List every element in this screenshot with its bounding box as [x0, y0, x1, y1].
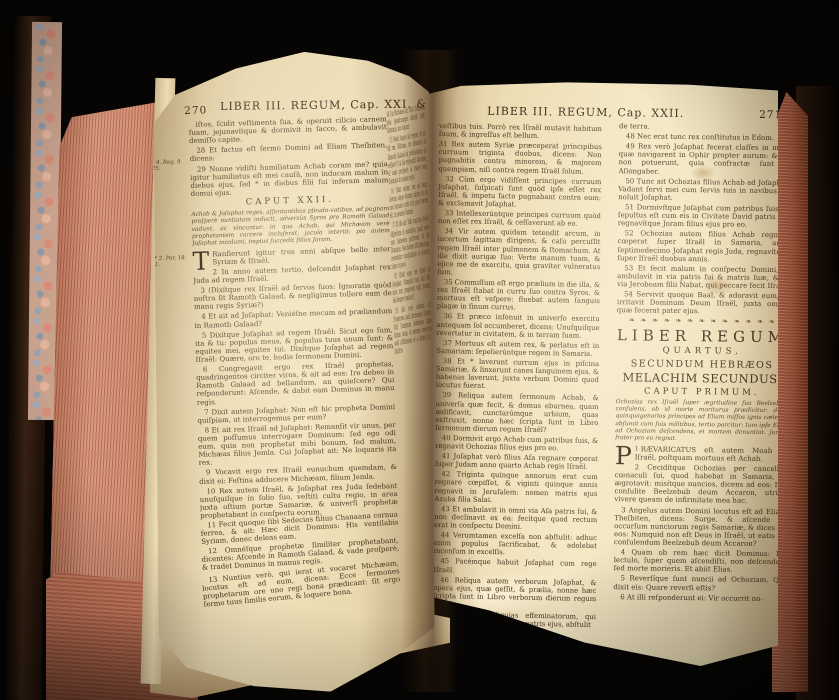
right-page: LIBER III. REGUM, Cap. XXII. 271 veſtibu…: [426, 80, 778, 666]
verse-paragraph: 35 Commiſſum eſt ergo prælium in die ill…: [437, 278, 600, 314]
verse-paragraph: 33 Intellexerúntque principes curruum qu…: [438, 209, 601, 228]
margin-note: * 2. Par. 18. 1.: [154, 255, 188, 269]
right-column-2: de terra.48 Nec erat tunc rex conſtitutu…: [613, 122, 778, 629]
verse-paragraph: 4 Quam ob rem hæc dicit Dominus: De lect…: [614, 548, 778, 574]
verse-paragraph: 32 Cùm ergo vidiſſent principes curruum …: [438, 175, 601, 211]
verse-paragraph: de terra.: [619, 122, 778, 132]
verse-list: 14 Cui Michæas ait: Vivit Dominus, quia …: [386, 103, 433, 356]
verse-paragraph: 54 Servivit quoque Baal, & adoravit eum,…: [617, 290, 778, 316]
right-column-1: veſtibus tuis. Porrò rex Iſraël mutavit …: [433, 122, 602, 630]
first-verse: 1PRÆVARICATUS eſt autem Moab in Iſraël, …: [615, 445, 778, 463]
verse-paragraph: 2 Cecidítque Ochozias per cancellos cœna…: [614, 463, 778, 506]
verse-paragraph: 37 Mortuus eſt autem rex, & perlatus eſt…: [436, 339, 599, 358]
verse-paragraph: 39 Reliqua autem ſermonum Achab, & unive…: [435, 391, 598, 435]
verse-list: 31 Rex autem Syriæ præceperat principibu…: [433, 140, 602, 629]
chapter-heading: CAPUT PRIMUM.: [616, 387, 778, 399]
verse-paragraph: 3 (Dixítque rex Iſraël ad ſervos ſuos: I…: [193, 281, 392, 311]
verse-paragraph: 5 Reverſíque ſunt nuncii ad Ochoziam. Qu…: [613, 575, 778, 593]
verse-paragraph: 6 At illi reſponderunt ei: Vir occurrit …: [613, 593, 778, 603]
verse-paragraph: 36 Et præco inſonuit in univerſo exercit…: [436, 312, 599, 339]
section-title-line: LIBER REGUM: [616, 327, 778, 346]
verse-paragraph: 45 Pacémque habuit Joſaphat cum rege Iſr…: [434, 557, 597, 576]
verse-list: 2 In anno autem tertio, deſcendit Joſaph…: [193, 263, 400, 573]
verse-paragraph: 49 Rex verò Joſaphat fecerat claſſes in …: [618, 142, 778, 177]
verse-paragraph: 5 Dixítque Joſaphat ad regem Iſraël: Sic…: [195, 326, 394, 364]
verse-paragraph: 40 Dormivit ergo Achab cum patribus ſuis…: [435, 434, 598, 453]
verse-paragraph: 16 Dixit autem rex ad eum: Iterum atque …: [389, 180, 428, 220]
section-title-line: QUARTUS,: [616, 347, 778, 359]
chapter-argument: Ochozias rex Iſraël ſuper ægritudine ſua…: [615, 399, 778, 445]
verse-paragraph: 48 Nec erat tunc rex conſtitutus in Edom…: [619, 132, 778, 142]
left-page-content: 270 LIBER III. REGUM, Cap. XXI. & XXII. …: [153, 51, 436, 694]
verse-paragraph: 47 Sed & reliquias effeminatorum, qui re…: [433, 610, 596, 629]
verse-paragraph: 52 Ochozias autem filius Achab regnare c…: [617, 229, 778, 264]
verse-paragraph: 17 Et ille ait: Vidi cunctum Iſraël diſp…: [390, 215, 430, 271]
verse-text: RÆVARICATUS eſt autem Moab in Iſraël, po…: [635, 445, 778, 463]
right-running-header: LIBER III. REGUM, Cap. XXII.: [487, 105, 684, 120]
verse-list: iſtos, ſcidit veſtimenta ſua, & operuit …: [189, 115, 389, 198]
verse-list: de terra.48 Nec erat tunc rex conſtitutu…: [617, 122, 778, 316]
section-title-line: SECUNDUM HEBRÆOS: [616, 359, 778, 372]
section-title-line: MELACHIM SECUNDUS.: [616, 372, 778, 387]
left-page-number: 270: [184, 104, 207, 117]
drop-cap-T: T: [192, 251, 209, 271]
verse-paragraph: 29 Nonne vidiſti humiliatum Achab coram …: [190, 160, 389, 198]
verse-paragraph: 15 Venit itaque ad regem, & ait illi rex…: [387, 130, 427, 186]
verse-paragraph: 34 Vir autem quidam tetendit arcum, in i…: [437, 227, 601, 279]
verse-paragraph: 50 Tunc ait Ochozias filius Achab ad Joſ…: [618, 177, 778, 203]
verse-paragraph: 44 Verumtamen excelſa non abſtulit: adhu…: [434, 531, 597, 558]
verse-paragraph: 31 Rex autem Syriæ præceperat principibu…: [438, 140, 601, 176]
verse-paragraph: 53 Et fecit malum in conſpectu Domini, &…: [617, 264, 778, 290]
verse-paragraph: 46 Reliqua autem verborum Joſaphat, & op…: [433, 576, 596, 612]
verse-list: 13 Nuntius verò, qui ierat ut vocaret Mi…: [202, 569, 401, 607]
drop-cap-P: P: [615, 446, 632, 466]
left-page: 270 LIBER III. REGUM, Cap. XXI. & XXII. …: [153, 51, 436, 694]
verse-paragraph: 19 Ille verò addens, ait: Propterea audi…: [393, 300, 433, 356]
verse-paragraph: 18 (Dixit ergo rex Iſraël ad Joſaphat: N…: [392, 265, 431, 305]
verse-paragraph: 3 Angelus autem Domini locutus eſt ad El…: [614, 506, 778, 549]
verse-paragraph: 51 Dormivítque Joſaphat cum patribus ſui…: [618, 203, 778, 229]
right-page-number: 271: [759, 109, 778, 121]
right-page-content: LIBER III. REGUM, Cap. XXII. 271 veſtibu…: [426, 80, 778, 666]
verse-paragraph: 6 Congregavit ergo rex Iſraël prophetas,…: [196, 360, 395, 406]
verse-paragraph: 42 Triginta quinque annorum erat cum reg…: [434, 470, 597, 506]
verse-paragraph: 41 Joſaphat verò filius Aſa regnare cœpe…: [435, 452, 598, 471]
verse-paragraph: 38 Et * laverunt currum ejus in piſcina …: [436, 357, 599, 393]
verse-paragraph: 8 Et ait rex Iſraël ad Joſaphat: Remanſi…: [198, 421, 397, 467]
verse-paragraph: 43 Et ambulavit in omni via Aſa patris ſ…: [434, 505, 597, 532]
margin-note: * 4. Reg. 9. 25.: [153, 159, 186, 173]
left-column-1: iſtos, ſcidit veſtimenta ſua, & operuit …: [189, 115, 403, 661]
verse-paragraph: veſtibus tuis. Porrò rex Iſraël mutavit …: [439, 122, 602, 141]
verse-list: 2 Cecidítque Ochozias per cancellos cœna…: [613, 463, 778, 603]
verse-paragraph: iſtos, ſcidit veſtimenta ſua, & operuit …: [189, 115, 388, 145]
verse-number: 1: [635, 445, 639, 452]
photo-of-antique-bible: LIBER III. REGUM, Cap. XXII. 271 veſtibu…: [0, 0, 839, 700]
chapter-argument: Achab & Joſaphat reges, aſſentantibus pſ…: [191, 206, 390, 249]
